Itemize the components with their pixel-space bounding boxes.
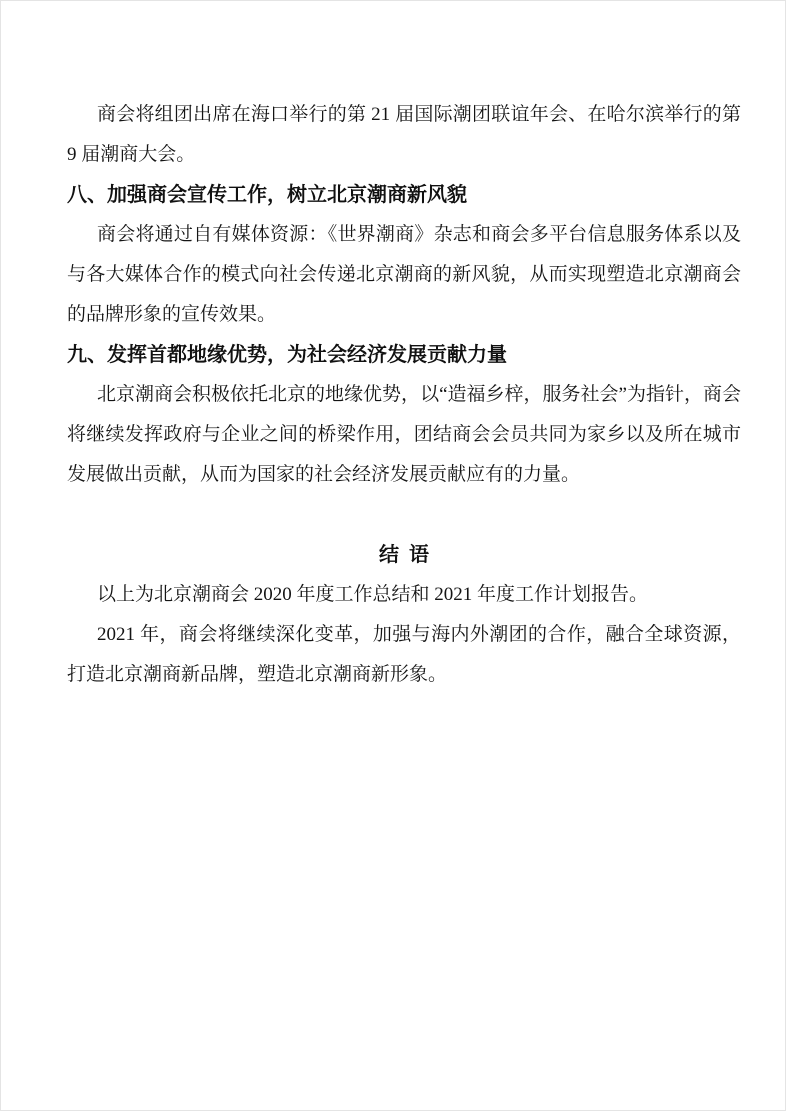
paragraph-conclusion-outlook: 2021 年，商会将继续深化变革，加强与海内外潮团的合作，融合全球资源，打造北京… (67, 615, 741, 695)
paragraph-conclusion-summary: 以上为北京潮商会 2020 年度工作总结和 2021 年度工作计划报告。 (67, 575, 741, 615)
section-heading-8-publicity: 八、加强商会宣传工作，树立北京潮商新风貌 (67, 175, 741, 215)
paragraph-capital-contribution: 北京潮商会积极依托北京的地缘优势，以“造福乡梓，服务社会”为指针，商会将继续发挥… (67, 375, 741, 495)
document-page: 商会将组团出席在海口举行的第 21 届国际潮团联谊年会、在哈尔滨举行的第 9 届… (0, 0, 786, 1111)
conclusion-heading: 结 语 (67, 535, 741, 575)
section-heading-9-capital-advantage: 九、发挥首都地缘优势，为社会经济发展贡献力量 (67, 335, 741, 375)
paragraph-delegation-events: 商会将组团出席在海口举行的第 21 届国际潮团联谊年会、在哈尔滨举行的第 9 届… (67, 95, 741, 175)
paragraph-media-publicity: 商会将通过自有媒体资源：《世界潮商》杂志和商会多平台信息服务体系以及与各大媒体合… (67, 215, 741, 335)
